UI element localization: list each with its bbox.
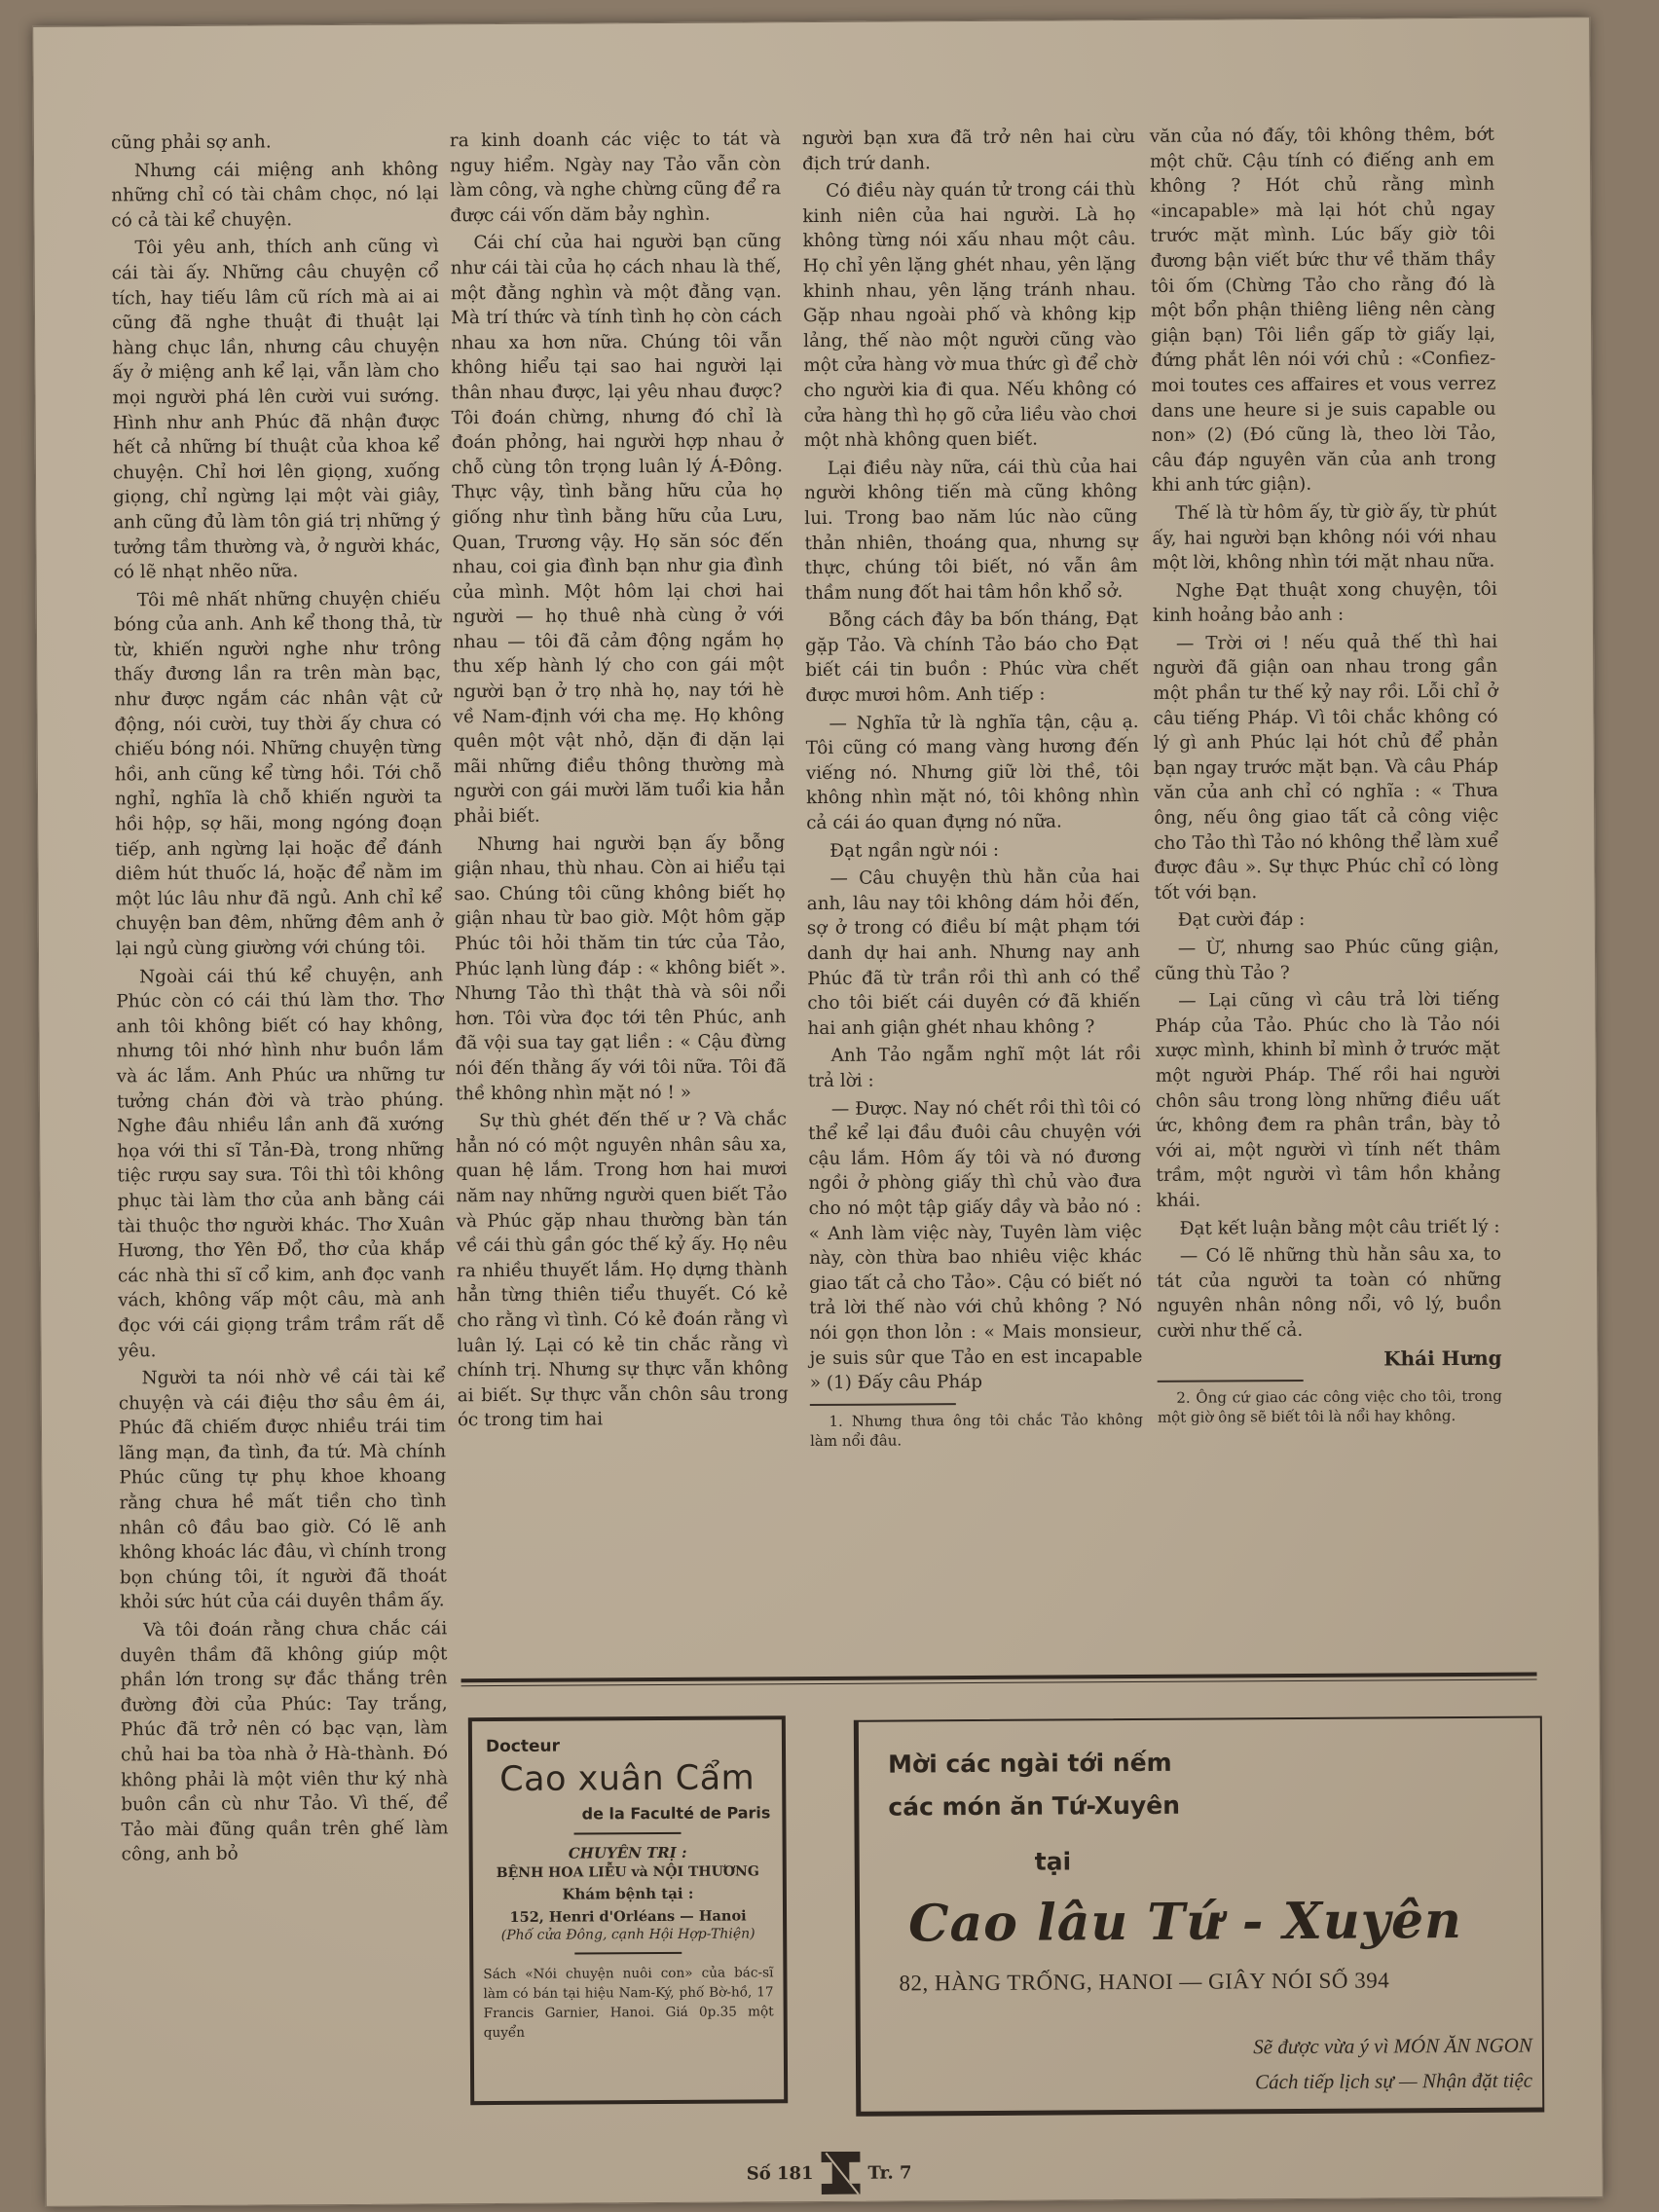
article-paragraph: Anh Tảo ngẫm nghĩ một lát rồi trả lời : <box>808 1042 1141 1093</box>
article-paragraph: Đạt cười đáp : <box>1155 906 1499 934</box>
article-paragraph: ra kinh doanh các việc to tát và nguy hi… <box>450 127 782 228</box>
restaurant-slogan-2: Cách tiếp lịch sự — Nhận đặt tiệc <box>861 2063 1532 2102</box>
footnote-rule <box>1158 1380 1304 1382</box>
restaurant-advertisement: Mời các ngài tới nếm các món ăn Tứ-Xuyên… <box>854 1715 1544 2116</box>
restaurant-intro: Mời các ngài tới nếm các món ăn Tứ-Xuyên <box>888 1739 1541 1828</box>
ngay-nay-logo-icon <box>821 2152 860 2194</box>
article-paragraph: Tôi yêu anh, thích anh cũng vì cái tài ấ… <box>111 235 440 585</box>
specialty-label: CHUYÊN TRỊ : <box>473 1843 783 1862</box>
article-column-1: cũng phải sợ anh.Nhưng cái miệng anh khô… <box>111 129 449 1870</box>
article-paragraph: Nhưng cái miệng anh không những chỉ có t… <box>111 157 438 234</box>
restaurant-slogan-1: Sẽ được vừa ý vì MÓN ĂN NGON <box>861 2028 1532 2067</box>
intro-line-2: các món ăn Tứ-Xuyên <box>888 1782 1540 1828</box>
article-paragraph: Thế là từ hôm ấy, từ giờ ấy, từ phút ấy,… <box>1152 499 1496 576</box>
article-paragraph: Và tôi đoán rằng chưa chắc cái duyên thầ… <box>120 1616 449 1867</box>
doctor-address-note: (Phố cửa Đông, cạnh Hội Hợp-Thiện) <box>473 1926 783 1943</box>
page-number: Tr. 7 <box>867 2162 911 2183</box>
ad-rule <box>574 1832 682 1835</box>
doctor-address: 152, Henri d'Orléans — Hanoi <box>473 1907 783 1926</box>
page-footer: Số 181 Tr. 7 <box>747 2151 912 2194</box>
restaurant-name: Cao lâu Tứ - Xuyên <box>908 1890 1541 1953</box>
article-paragraph: — Lại cũng vì câu trả lời tiếng Pháp của… <box>1155 987 1500 1214</box>
article-paragraph: Nghe Đạt thuật xong chuyện, tôi kinh hoả… <box>1153 576 1497 628</box>
article-paragraph: — Nghĩa tử là nghĩa tận, cậu ạ. Tôi cũng… <box>805 710 1139 836</box>
ad-rule <box>574 1952 682 1955</box>
article-paragraph: — Có lẽ những thù hằn sâu xa, to tát của… <box>1157 1242 1502 1345</box>
book-note: Sách «Nói chuyện nuôi con» của bác-sĩ là… <box>473 1963 783 2043</box>
issue-number: Số 181 <box>747 2163 814 2184</box>
article-paragraph: Lại điều này nữa, cái thù của hai người … <box>804 455 1138 607</box>
footnote: 1. Nhưng thưa ông tôi chắc Tảo không làm… <box>810 1410 1143 1451</box>
doctor-faculty: de la Faculté de Paris <box>499 1803 782 1824</box>
specialty: BỆNH HOA LIỄU và NỘI THƯƠNG <box>473 1863 783 1881</box>
author-signature: Khái Hưng <box>1157 1346 1501 1373</box>
exam-label: Khám bệnh tại : <box>473 1884 783 1903</box>
article-paragraph: Tôi mê nhất những chuyện chiếu bóng của … <box>114 586 443 962</box>
article-column-3: người bạn xưa đã trở nên hai cừu địch tr… <box>802 125 1143 1454</box>
restaurant-at: tại <box>1035 1844 1541 1875</box>
intro-line-1: Mời các ngài tới nếm <box>888 1739 1540 1786</box>
restaurant-address: 82, HÀNG TRỐNG, HANOI — GIÂY NÓI SỐ 394 <box>899 1967 1541 1996</box>
article-paragraph: Người ta nói nhờ về cái tài kể chuyện và… <box>119 1364 448 1615</box>
newspaper-page: cũng phải sợ anh.Nhưng cái miệng anh khô… <box>32 17 1604 2207</box>
article-paragraph: — Ừ, nhưng sao Phúc cũng giận, cũng thù … <box>1155 935 1499 986</box>
article-paragraph: Ngoài cái thú kể chuyện, anh Phúc còn có… <box>116 963 445 1364</box>
section-divider <box>461 1672 1537 1686</box>
article-paragraph: người bạn xưa đã trở nên hai cừu địch tr… <box>802 125 1135 176</box>
article-column-2: ra kinh doanh các việc to tát và nguy hi… <box>450 127 789 1436</box>
article-paragraph: Đạt ngần ngừ nói : <box>806 837 1139 865</box>
article-paragraph: Nhưng hai người bạn ấy bỗng giận nhau, t… <box>454 830 787 1107</box>
article-paragraph: — Được. Nay nó chết rồi thì tôi có thể k… <box>808 1095 1143 1396</box>
article-paragraph: — Trời ơi ! nếu quả thế thì hai người đã… <box>1153 630 1499 906</box>
article-paragraph: văn của nó đấy, tôi không thêm, bớt một … <box>1150 123 1496 498</box>
article-paragraph: cũng phải sợ anh. <box>111 129 438 156</box>
article-paragraph: — Câu chuyện thù hằn của hai anh, lâu na… <box>806 865 1140 1041</box>
footnote: 2. Ông cứ giao các công việc cho tôi, tr… <box>1158 1386 1502 1427</box>
article-paragraph: Bỗng cách đây ba bốn tháng, Đạt gặp Tảo.… <box>805 607 1139 708</box>
doctor-title: Docteur <box>486 1735 782 1756</box>
article-paragraph: Sự thù ghét đến thế ư ? Và chắc hẳn nó c… <box>456 1107 789 1433</box>
doctor-advertisement: Docteur Cao xuân Cẩm de la Faculté de Pa… <box>468 1715 788 2105</box>
article-paragraph: Cái chí của hai người bạn cũng như cái t… <box>450 230 785 829</box>
doctor-name: Cao xuân Cẩm <box>472 1758 782 1799</box>
footnote-rule <box>810 1403 956 1406</box>
article-paragraph: Đạt kết luận bằng một câu triết lý : <box>1157 1214 1501 1241</box>
article-column-4: văn của nó đấy, tôi không thêm, bớt một … <box>1150 123 1502 1430</box>
article-paragraph: Có điều này quán tử trong cái thù kinh n… <box>802 177 1137 454</box>
